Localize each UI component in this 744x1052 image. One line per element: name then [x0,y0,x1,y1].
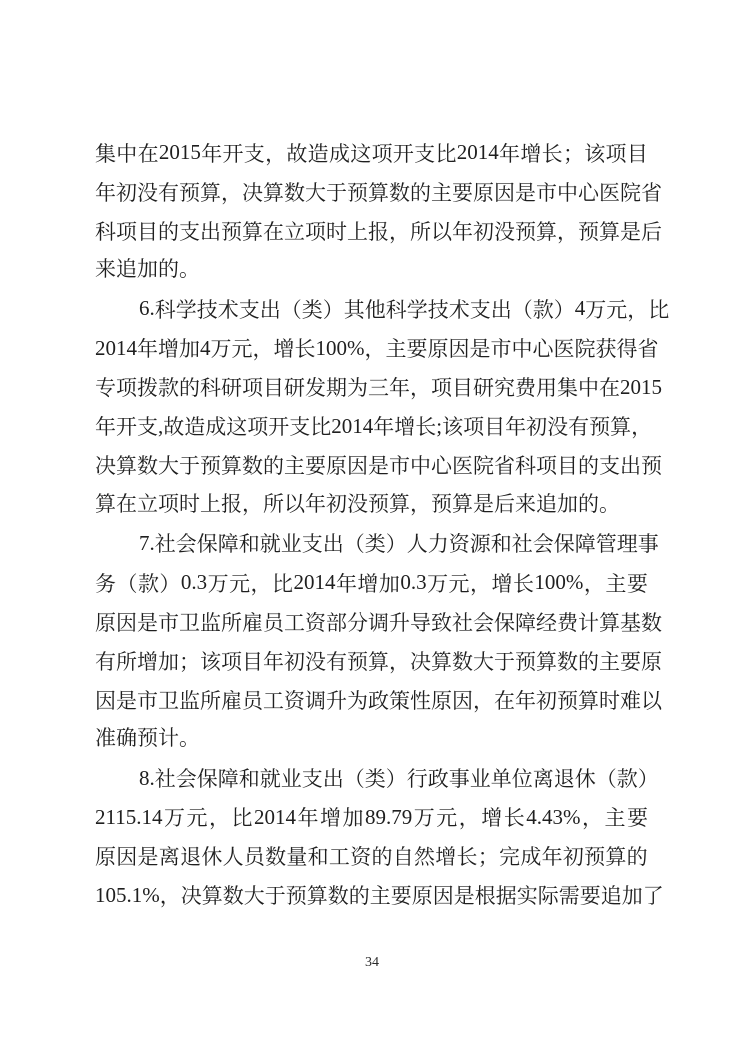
text-token: 长 [513,568,534,598]
text-token: 退 [554,763,575,793]
text-token: 行 [407,763,428,793]
text-token: 费 [557,607,578,637]
text-token: 基 [620,607,641,637]
text-token: 预 [584,841,605,871]
text-token: （ [512,294,533,324]
text-token: 所 [116,646,137,676]
text-token: 年 [505,411,526,441]
text-token: 导 [410,607,431,637]
text-token: 和 [239,528,260,558]
text-token: 中 [410,450,431,480]
text-token: 数 [452,646,473,676]
text-token: 没 [305,646,326,676]
text-token: 预 [179,177,200,207]
text-token: 时 [599,685,620,715]
text-line: 8.社会保障和就业支出（类）行政事业单位离退休（款） [95,759,648,798]
body-text: 集中在2015年开支，故造成这项开支比2014年增长；该项目年初没有预算，决算数… [95,133,648,915]
text-token: ， [470,568,491,598]
text-token: 增 [520,138,541,168]
text-token: 难 [620,685,641,715]
text-token: 项 [431,372,452,402]
text-token: 年 [452,216,473,246]
text-token: 主 [370,880,391,910]
text-token: 因 [452,685,473,715]
text-token: 心 [533,333,554,363]
text-line: 年开支,故造成这项开支比2014年增长;该项目年初没有预算， [95,407,648,446]
text-line: 来追加的。 [95,250,648,289]
text-token: 没 [494,216,515,246]
text-token: 要 [391,880,412,910]
text-token: ， [251,568,272,598]
text-token: 数 [265,841,286,871]
text-token: 开 [268,411,289,441]
text-token: 的 [371,841,392,871]
text-token: 工 [284,607,305,637]
text-token: （ [116,568,137,598]
text-token: 于 [265,880,286,910]
text-token: 支 [470,294,491,324]
text-token: 究 [494,372,515,402]
text-token: 89.79 [365,805,412,830]
text-token: 数 [328,880,349,910]
text-token: 决 [242,177,263,207]
text-token: 部 [326,607,347,637]
text-token: 项 [221,646,242,676]
text-token: 开 [116,411,137,441]
text-token: 初 [116,177,137,207]
text-token: 所 [200,685,221,715]
text-token: 要 [305,450,326,480]
text-line: 6.科学技术支出（类）其他科学技术支出（款）4万元，比 [95,289,648,328]
text-token: 社 [452,607,473,637]
text-token: 项 [116,216,137,246]
text-token: 出 [200,216,221,246]
text-token: ， [253,333,274,363]
text-token: 学 [407,294,428,324]
text-token: 开 [393,138,414,168]
text-line: 务（款）0.3万元，比2014年增加0.3万元，增长100%，主要 [95,563,648,602]
text-token: 中 [557,177,578,207]
text-token: 雇 [242,607,263,637]
text-token: 障 [218,763,239,793]
text-token: 算 [368,646,389,676]
text-token: 的 [410,177,431,207]
text-token: 是 [620,216,641,246]
text-token: 大 [158,450,179,480]
text-token: 计 [578,607,599,637]
text-token: 类 [365,763,386,793]
text-token: 项 [463,411,484,441]
text-token: 2015 [620,375,662,400]
text-line: 有所增加；该项目年初没有预算，决算数大于预算数的主要原 [95,641,648,680]
text-token: 于 [179,450,200,480]
text-token: 院 [575,333,596,363]
text-token: 要 [452,177,473,207]
text-token: 研 [473,372,494,402]
text-token: 预 [578,216,599,246]
text-token: 障 [575,528,596,558]
text-token: 社 [155,763,176,793]
text-token: 分 [347,607,368,637]
text-token: 出 [620,450,641,480]
text-token: 是 [470,333,491,363]
text-token: 科 [155,294,176,324]
text-token: 是 [138,841,159,871]
text-token: 年 [389,372,410,402]
text-token: 保 [197,763,218,793]
text-token: 增 [481,802,502,832]
text-token: 集 [95,138,116,168]
text-token: 算 [605,841,626,871]
text-token: 和 [308,841,329,871]
text-token: 支 [179,216,200,246]
text-token: 项 [247,411,268,441]
text-token: 增 [357,568,378,598]
text-token: 加 [379,568,400,598]
text-token: 支 [302,763,323,793]
text-token: 年 [95,177,116,207]
text-token: 比 [648,294,669,324]
text-token: 休 [575,763,596,793]
text-line: 2115.14万元，比2014年增加89.79万元，增长4.43%，主要 [95,798,648,837]
text-token: 初 [473,216,494,246]
text-token: 院 [473,450,494,480]
text-token: 目 [263,372,284,402]
text-token: 增 [274,333,295,363]
text-token: 人 [223,841,244,871]
text-line: 因是市卫监所雇员工资调升为政策性原因，在年初预算时难以 [95,680,648,719]
text-token: 监 [179,685,200,715]
text-token: （ [344,528,365,558]
text-token: 增 [137,646,158,676]
text-token: 数 [284,177,305,207]
text-token: 医 [599,177,620,207]
text-token: 学 [176,294,197,324]
text-token: 算 [202,880,223,910]
text-token: 预 [200,450,221,480]
text-token: 年 [336,568,357,598]
text-token: 年 [542,841,563,871]
text-token: 中 [116,138,137,168]
text-token: 根 [475,880,496,910]
text-token: 业 [470,763,491,793]
text-token: 元 [449,568,470,598]
text-token: 因 [347,450,368,480]
text-token: 员 [244,841,265,871]
text-token: 初 [536,685,557,715]
text-token: 市 [389,450,410,480]
text-token: 社 [512,528,533,558]
text-token: 2014 [331,414,373,439]
text-token: 预 [641,450,662,480]
text-token: 项 [372,138,393,168]
text-token: 目 [484,411,505,441]
text-line: 7.社会保障和就业支出（类）人力资源和社会保障管理事 [95,524,648,563]
text-token: ， [365,333,386,363]
text-token: 加 [158,646,179,676]
text-token: 致 [431,607,452,637]
text-token: 因 [449,333,470,363]
text-token: 监 [200,607,221,637]
text-token: 出 [323,528,344,558]
text-token: 105.1% [95,883,160,908]
text-token: 增 [435,841,456,871]
text-token: 元 [232,333,253,363]
text-token: 追 [601,880,622,910]
text-token: 人 [407,528,428,558]
text-token: 支 [239,294,260,324]
text-token: 卫 [179,607,200,637]
text-token: 省 [494,450,515,480]
text-token: 原 [412,880,433,910]
text-token: （ [281,294,302,324]
text-token: 8. [139,766,155,791]
text-token: 成 [205,411,226,441]
text-token: 造 [184,411,205,441]
text-token: 调 [368,607,389,637]
text-token: ， [410,372,431,402]
text-token: 市 [536,177,557,207]
text-token: ， [265,138,286,168]
text-token: ） [159,568,180,598]
text-token: 2014 [457,140,499,165]
text-line: 年初没有预算，决算数大于预算数的主要原因是市中心医院省 [95,172,648,211]
text-token: 算 [599,216,620,246]
text-token: ， [389,216,410,246]
text-token: 科 [386,294,407,324]
text-token: 0.3 [181,570,207,595]
text-token: 长 [415,411,436,441]
text-token: 万 [414,802,435,832]
text-token: 数 [641,607,662,637]
text-token: 升 [326,685,347,715]
text-token: 年 [263,646,284,676]
text-token: 长 [295,333,316,363]
text-token: ， [389,646,410,676]
text-token: 为 [347,685,368,715]
text-token: 会 [176,763,197,793]
text-token: 调 [305,685,326,715]
text-token: 预 [347,177,368,207]
text-token: 的 [578,646,599,676]
text-token: 是 [368,450,389,480]
text-token: 万 [164,802,185,832]
text-line: 原因是离退休人员数量和工资的自然增长；完成年初预算的 [95,837,648,876]
text-token: 项 [116,372,137,402]
text-token: 元 [436,802,457,832]
text-token: ， [557,216,578,246]
text-token: 要 [627,568,648,598]
text-token: 就 [260,528,281,558]
text-token: ， [582,802,603,832]
text-token: 就 [260,763,281,793]
text-token: 主 [386,333,407,363]
text-token: 主 [599,646,620,676]
text-token: 中 [512,333,533,363]
text-token: 工 [329,841,350,871]
text-token: 性 [410,685,431,715]
text-token: 数 [557,646,578,676]
text-token: 位 [512,763,533,793]
text-token: 要 [627,802,648,832]
text-token: 数 [389,177,410,207]
text-token: 年 [499,138,520,168]
text-token: 支 [302,528,323,558]
text-token: 款 [138,568,159,598]
text-token: 源 [470,528,491,558]
text-token: 长 [504,802,525,832]
text-token: 算 [368,177,389,207]
text-token: 算 [200,177,221,207]
text-token: 年 [297,802,318,832]
text-token: 和 [491,528,512,558]
text-token: 款 [617,763,638,793]
text-token: 比 [310,411,331,441]
text-token: 的 [627,841,648,871]
text-token: 发 [305,372,326,402]
text-token: ） [323,294,344,324]
text-token: 费 [515,372,536,402]
text-token: 自 [393,841,414,871]
text-token: 有 [158,177,179,207]
text-token: 长 [457,841,478,871]
text-token: 算 [431,646,452,676]
text-token: 院 [620,177,641,207]
text-token: 会 [473,607,494,637]
text-token: 算 [307,880,328,910]
page-number: 34 [0,955,744,971]
text-token: 目 [242,646,263,676]
text-token: 因 [95,685,116,715]
text-token: 2014 [254,805,296,830]
text-token: 市 [491,333,512,363]
text-token: 保 [554,528,575,558]
document-page: 集中在2015年开支，故造成这项开支比2014年增长；该项目年初没有预算，决算数… [0,0,744,1052]
text-token: 主 [604,802,625,832]
text-token: 术 [449,294,470,324]
text-token: ） [386,763,407,793]
text-token: 这 [350,138,371,168]
text-token: 科 [95,216,116,246]
text-token: 目 [627,138,648,168]
text-token: 为 [347,372,368,402]
text-token: 是 [515,177,536,207]
text-token: 因 [433,880,454,910]
text-token: 专 [95,372,116,402]
text-token: 目 [137,216,158,246]
text-token: 故 [163,411,184,441]
text-token: 该 [584,138,605,168]
text-token: 4.43% [526,805,580,830]
text-token: 4 [575,296,586,321]
text-token: 项 [606,138,627,168]
text-token: 4 [200,336,211,361]
text-token: 市 [158,607,179,637]
text-token: 障 [218,528,239,558]
text-token: 支 [244,138,265,168]
text-token: 报 [368,216,389,246]
text-token: 100% [316,336,365,361]
text-token: 因 [494,177,515,207]
text-line: 原因是市卫监所雇员工资部分调升导致社会保障经费计算基数 [95,602,648,641]
text-token: 增 [320,802,341,832]
text-token: 加 [342,802,363,832]
text-token: 年 [95,411,116,441]
text-token: 政 [428,763,449,793]
text-token: 算 [221,450,242,480]
text-token: 省 [641,177,662,207]
text-token: 算 [610,411,631,441]
text-token: ） [386,528,407,558]
text-token: 中 [578,372,599,402]
text-token: 2015 [159,140,201,165]
text-token: 预 [286,880,307,910]
text-token: 故 [286,138,307,168]
text-token: 和 [239,763,260,793]
text-token: 大 [305,177,326,207]
text-token: 资 [305,607,326,637]
text-token: 医 [452,450,473,480]
text-token: 该 [442,411,463,441]
text-token: 数 [242,450,263,480]
text-token: 得 [617,333,638,363]
text-token: 决 [410,646,431,676]
text-token: 成 [329,138,350,168]
text-token: 元 [606,294,627,324]
text-token: （ [596,763,617,793]
text-token: 初 [284,646,305,676]
text-token: 事 [449,763,470,793]
text-token: 数 [137,450,158,480]
text-token: 升 [389,607,410,637]
text-token: 算 [578,685,599,715]
text-token: 万 [208,568,229,598]
text-token: 开 [222,138,243,168]
text-line: 算在立项时上报，所以年初没预算，预算是后来追加的。 [95,485,648,524]
text-token: 7. [139,531,155,556]
text-token: 心 [431,450,452,480]
text-token: 所 [221,607,242,637]
text-token: 完 [499,841,520,871]
text-token: 研 [284,372,305,402]
text-token: 卫 [158,685,179,715]
text-token: 资 [284,685,305,715]
text-token: 在 [494,685,515,715]
text-token: 预 [515,216,536,246]
text-token: 经 [536,607,557,637]
text-token: 的 [578,450,599,480]
text-token: 因 [116,841,137,871]
text-token: 初 [563,841,584,871]
text-token: 科 [515,450,536,480]
text-token: 0.3 [400,570,426,595]
text-token: 技 [197,294,218,324]
text-token: 保 [494,607,515,637]
text-token: 的 [263,450,284,480]
text-token: 的 [179,372,200,402]
text-token: 三 [368,372,389,402]
text-token: （ [344,763,365,793]
text-token: 了 [643,880,664,910]
text-token: 要 [407,333,428,363]
text-token: 立 [284,216,305,246]
text-token: 拨 [137,372,158,402]
text-token: 比 [231,802,252,832]
text-token: 政 [368,685,389,715]
text-token: 类 [365,528,386,558]
text-token: 100% [534,570,583,595]
text-token: 资 [350,841,371,871]
